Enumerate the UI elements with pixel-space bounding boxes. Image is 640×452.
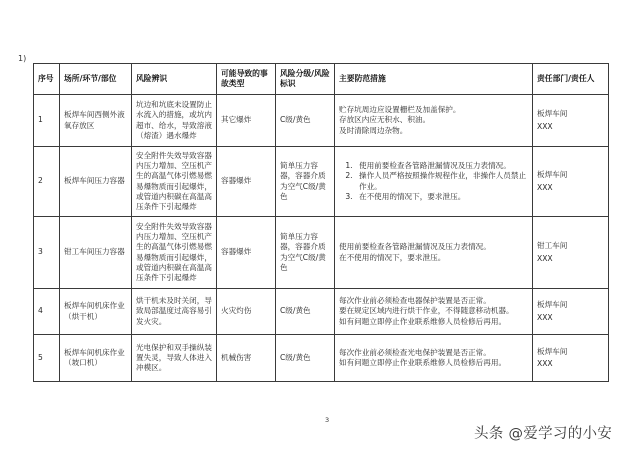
cell-hazard: 坑边和坑底未设置防止水流入的措施，或坑内超市、给水，导致溶液（熔渣）遇水爆炸 (132, 95, 217, 147)
cell-hazard: 安全附件失效导致容器内压力增加、空压机产生的高温气体引燃易燃易爆物质而引起爆炸，… (132, 217, 217, 289)
header-no: 序号 (34, 64, 60, 95)
cell-responsible: 板焊车间 XXX (533, 147, 609, 217)
measure-line: 在不使用的情况下，要求泄压。 (339, 253, 528, 263)
table-row: 2 板焊车间压力容器 安全附件失效导致容器内压力增加、空压机产生的高温气体引燃易… (34, 147, 609, 217)
cell-no: 3 (34, 217, 60, 289)
table-row: 3 钳工车间压力容器 安全附件失效导致容器内压力增加、空压机产生的高温气体引燃易… (34, 217, 609, 289)
measure-line: 每次作业前必须检查光电保护装置是否正常。 (339, 348, 528, 358)
cell-no: 2 (34, 147, 60, 217)
cell-no: 1 (34, 95, 60, 147)
measure-line: 如有问题立即停止作业联系维修人员检修后再用。 (339, 317, 528, 327)
responsible-person: XXX (537, 359, 604, 369)
cell-responsible: 板焊车间 XXX (533, 289, 609, 335)
header-responsible: 责任部门/责任人 (533, 64, 609, 95)
cell-measures: 每次作业前必须检查电器保护装置是否正常。 要在规定区域内进行烘干作业，不得随意移… (335, 289, 533, 335)
cell-accident-type: 其它爆炸 (217, 95, 276, 147)
cell-risk-level: C级/黄色 (276, 95, 335, 147)
cell-measures: 每次作业前必须检查光电保护装置是否正常。 如有问题立即停止作业联系维修人员检修后… (335, 335, 533, 382)
measures-list: 使用前要检查各管路泄漏情况及压力表情况。 操作人员严格按照操作规程作业，非操作人… (339, 161, 528, 202)
responsible-dept: 板焊车间 (537, 347, 604, 357)
measure-item: 使用前要检查各管路泄漏情况及压力表情况。 (355, 161, 528, 171)
header-accident-type: 可能导致的事故类型 (217, 64, 276, 95)
cell-risk-level: C级/黄色 (276, 335, 335, 382)
cell-risk-level: C级/黄色 (276, 289, 335, 335)
header-location: 场所/环节/部位 (60, 64, 132, 95)
cell-risk-level: 简单压力容器，容器介质为空气C级/黄色 (276, 147, 335, 217)
measure-line: 每次作业前必须检查电器保护装置是否正常。 (339, 296, 528, 306)
table-row: 4 板焊车间机床作业（烘干机） 烘干机未及时关闭，导致局部温度过高容易引发火灾。… (34, 289, 609, 335)
cell-accident-type: 机械伤害 (217, 335, 276, 382)
cell-accident-type: 容器爆炸 (217, 217, 276, 289)
cell-hazard: 安全附件失效导致容器内压力增加、空压机产生的高温气体引燃易燃易爆物质而引起爆炸，… (132, 147, 217, 217)
cell-accident-type: 容器爆炸 (217, 147, 276, 217)
measure-line: 如有问题立即停止作业联系维修人员检修后再用。 (339, 358, 528, 368)
responsible-dept: 板焊车间 (537, 109, 604, 119)
cell-responsible: 板焊车间 XXX (533, 335, 609, 382)
header-measures: 主要防范措施 (335, 64, 533, 95)
responsible-dept: 板焊车间 (537, 300, 604, 310)
responsible-person: XXX (537, 122, 604, 132)
measure-line: 使用前要检查各管路泄漏情况及压力表情况。 (339, 242, 528, 252)
cell-responsible: 板焊车间 XXX (533, 95, 609, 147)
cell-location: 板焊车间西侧外液氧存放区 (60, 95, 132, 147)
responsible-dept: 板焊车间 (537, 170, 604, 180)
responsible-person: XXX (537, 183, 604, 193)
section-label: 1) (18, 54, 26, 63)
header-risk-level: 风险分级/风险标识 (276, 64, 335, 95)
cell-measures: 使用前要检查各管路泄漏情况及压力表情况。 在不使用的情况下，要求泄压。 (335, 217, 533, 289)
responsible-person: XXX (537, 313, 604, 323)
measure-line: 要在规定区域内进行烘干作业，不得随意移动机器。 (339, 306, 528, 316)
cell-measures: 使用前要检查各管路泄漏情况及压力表情况。 操作人员严格按照操作规程作业，非操作人… (335, 147, 533, 217)
cell-no: 5 (34, 335, 60, 382)
header-hazard: 风险辨识 (132, 64, 217, 95)
cell-responsible: 钳工车间 XXX (533, 217, 609, 289)
responsible-dept: 钳工车间 (537, 241, 604, 251)
cell-no: 4 (34, 289, 60, 335)
watermark: 头条 @爱学习的小安 (474, 422, 612, 443)
cell-location: 板焊车间机床作业（烘干机） (60, 289, 132, 335)
measure-line: 贮存坑周边应设置栅栏及加盖保护。 (339, 105, 528, 115)
cell-accident-type: 火灾灼伤 (217, 289, 276, 335)
cell-measures: 贮存坑周边应设置栅栏及加盖保护。 存放区内应无积水、积油。 及时清除周边杂物。 (335, 95, 533, 147)
cell-hazard: 烘干机未及时关闭，导致局部温度过高容易引发火灾。 (132, 289, 217, 335)
page-number: 3 (325, 416, 329, 424)
measure-item: 在不使用的情况下，要求泄压。 (355, 192, 528, 202)
cell-location: 板焊车间压力容器 (60, 147, 132, 217)
table-header-row: 序号 场所/环节/部位 风险辨识 可能导致的事故类型 风险分级/风险标识 主要防… (34, 64, 609, 95)
cell-location: 钳工车间压力容器 (60, 217, 132, 289)
cell-location: 板焊车间机床作业（坡口机） (60, 335, 132, 382)
table-row: 1 板焊车间西侧外液氧存放区 坑边和坑底未设置防止水流入的措施，或坑内超市、给水… (34, 95, 609, 147)
measure-item: 操作人员严格按照操作规程作业，非操作人员禁止作业。 (355, 171, 528, 191)
measure-line: 存放区内应无积水、积油。 (339, 115, 528, 125)
cell-hazard: 光电保护和双手操纵装置失灵，导致人体进入冲模区。 (132, 335, 217, 382)
table-row: 5 板焊车间机床作业（坡口机） 光电保护和双手操纵装置失灵，导致人体进入冲模区。… (34, 335, 609, 382)
measure-line: 及时清除周边杂物。 (339, 126, 528, 136)
risk-identification-table: 序号 场所/环节/部位 风险辨识 可能导致的事故类型 风险分级/风险标识 主要防… (33, 63, 609, 382)
responsible-person: XXX (537, 254, 604, 264)
cell-risk-level: 简单压力容器，容器介质为空气C级/黄色 (276, 217, 335, 289)
